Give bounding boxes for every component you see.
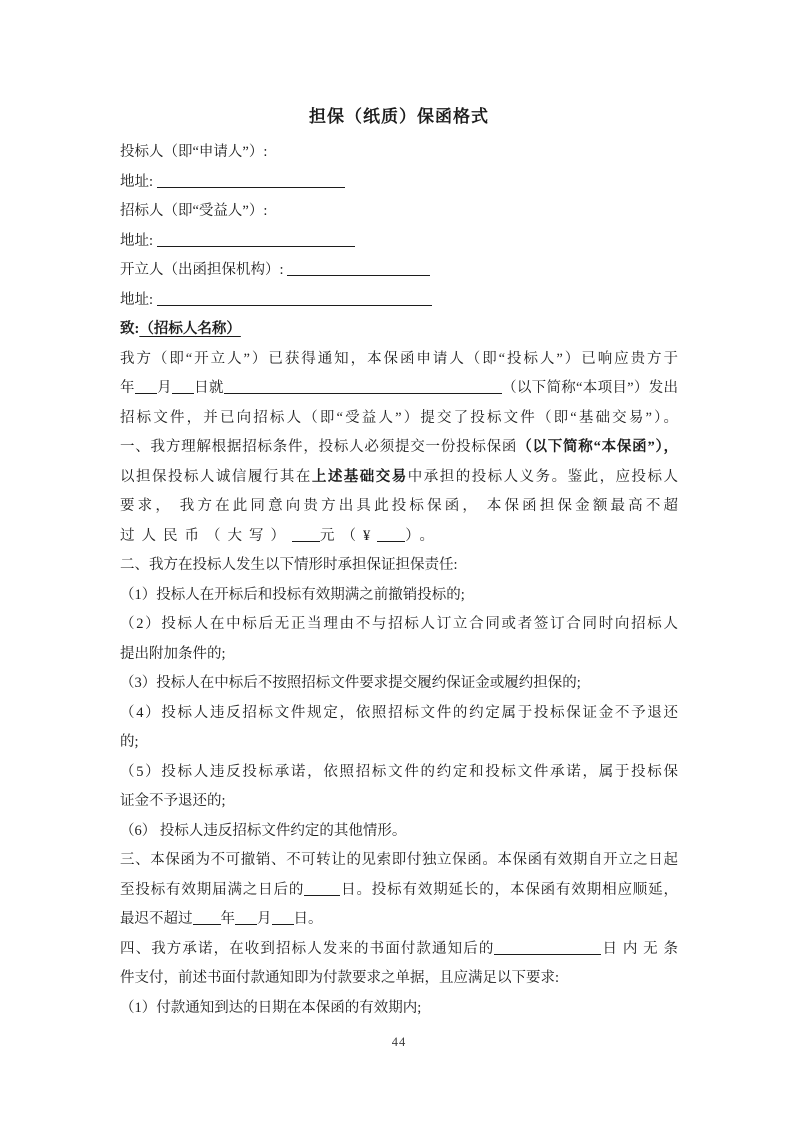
text-run: 开立人（出函担保机构）: — [120, 262, 287, 278]
text-run: （6） 投标人违反招标文件约定的其他情形。 — [120, 823, 406, 839]
text-run: 招标文件，并已向招标人（即“受益人”）提交了投标文件（即“基础交易”）。 — [120, 410, 678, 426]
blank-field — [193, 911, 221, 925]
text-run: 四、我方承诺，在收到招标人发来的书面付款通知后的 — [120, 941, 494, 957]
text-run: （1）付款通知到达的日期在本保函的有效期内; — [120, 1000, 421, 1016]
blank-field — [235, 911, 257, 925]
blank-field — [172, 380, 194, 394]
text-run: 证金不予退还的; — [120, 793, 226, 809]
blank-field — [135, 380, 157, 394]
document-line: 年月日就（以下简称“本项目”）发出的 — [120, 374, 678, 404]
text-run: （招标人名称） — [139, 321, 241, 337]
document-line: 要求， 我方在此同意向贵方出具此投标保函， 本保函担保金额最高不超 — [120, 492, 678, 522]
document-line: 二、我方在投标人发生以下情形时承担保证担保责任: — [120, 551, 678, 581]
document-line: （1）投标人在开标后和投标有效期满之前撤销投标的; — [120, 581, 678, 611]
document-line: （3）投标人在中标后不按照招标文件要求提交履约保证金或履约担保的; — [120, 669, 678, 699]
document-title: 担保（纸质）保函格式 — [120, 104, 678, 130]
text-run: 要求， 我方在此同意向贵方出具此投标保函， 本保函担保金额最高不超 — [120, 498, 678, 514]
text-run: 最迟不超过 — [120, 911, 193, 927]
document-line: 地址: — [120, 286, 678, 316]
text-run: 过人民币（大写） — [120, 528, 292, 544]
document-line: （6） 投标人违反招标文件约定的其他情形。 — [120, 817, 678, 847]
blank-field — [157, 292, 432, 306]
text-run: 年 — [120, 380, 135, 396]
blank-field — [377, 528, 405, 542]
document-line: 的; — [120, 728, 678, 758]
document-line: 件支付，前述书面付款通知即为付款要求之单据，且应满足以下要求: — [120, 964, 678, 994]
text-run: （1）投标人在开标后和投标有效期满之前撤销投标的; — [120, 587, 465, 603]
text-run: （2）投标人在中标后无正当理由不与招标人订立合同或者签订合同时向招标人 — [120, 616, 678, 632]
document-line: 地址: — [120, 168, 678, 198]
document-line: （4）投标人违反招标文件规定，依照招标文件的约定属于投标保证金不予退还 — [120, 699, 678, 729]
blank-field — [157, 233, 355, 247]
text-run: 地址: — [120, 292, 157, 308]
blank-field — [224, 380, 502, 394]
document-line: （5）投标人违反投标承诺，依照招标文件的约定和投标文件承诺，属于投标保 — [120, 758, 678, 788]
blank-field — [494, 941, 601, 955]
text-run: 至投标有效期届满之日后的 — [120, 882, 304, 898]
document-line: 致:（招标人名称） — [120, 315, 678, 345]
document-page: 担保（纸质）保函格式 投标人（即“申请人”）:地址: 招标人（即“受益人”）:地… — [0, 0, 794, 1122]
text-run: 日。 — [294, 911, 323, 927]
document-line: 四、我方承诺，在收到招标人发来的书面付款通知后的日 内 无 条 — [120, 935, 678, 965]
document-line: 至投标有效期届满之日后的日。投标有效期延长的，本保函有效期相应顺延， — [120, 876, 678, 906]
page-number: 44 — [120, 1035, 678, 1050]
text-run: 地址: — [120, 233, 157, 249]
text-run: 年 — [221, 911, 236, 927]
text-run: 一、我方理解根据招标条件，投标人必须提交一份投标保函 — [120, 439, 517, 455]
text-run: 地址: — [120, 174, 157, 190]
document-line: （2）投标人在中标后无正当理由不与招标人订立合同或者签订合同时向招标人 — [120, 610, 678, 640]
text-run: 的; — [120, 734, 139, 750]
document-line: （1）付款通知到达的日期在本保函的有效期内; — [120, 994, 678, 1024]
document-line: 一、我方理解根据招标条件，投标人必须提交一份投标保函（以下简称“本保函”）， — [120, 433, 678, 463]
document-line: 三、本保函为不可撤销、不可转让的见索即付独立保函。本保函有效期自开立之日起 — [120, 846, 678, 876]
document-line: 最迟不超过年月日。 — [120, 905, 678, 935]
document-line: 招标人（即“受益人”）: — [120, 197, 678, 227]
blank-field — [292, 528, 320, 542]
text-run: 日就 — [194, 380, 224, 396]
text-run: 以担保投标人诚信履行其在 — [120, 469, 312, 485]
text-run: 提出附加条件的; — [120, 646, 226, 662]
text-run: 元（¥ — [320, 528, 377, 544]
text-run: 二、我方在投标人发生以下情形时承担保证担保责任: — [120, 557, 458, 573]
text-run: （4）投标人违反招标文件规定，依照招标文件的约定属于投标保证金不予退还 — [120, 705, 678, 721]
document-line: 投标人（即“申请人”）: — [120, 138, 678, 168]
document-line: 我方（即“开立人”）已获得通知，本保函申请人（即“投标人”）已响应贵方于 — [120, 345, 678, 375]
text-run: 我方（即“开立人”）已获得通知，本保函申请人（即“投标人”）已响应贵方于 — [120, 351, 678, 367]
text-run: 上述基础交易 — [312, 469, 408, 485]
text-run: （3）投标人在中标后不按照招标文件要求提交履约保证金或履约担保的; — [120, 675, 581, 691]
document-body: 投标人（即“申请人”）:地址: 招标人（即“受益人”）:地址: 开立人（出函担保… — [120, 138, 678, 1023]
text-run: （以下简称“本保函”）， — [517, 439, 678, 455]
text-run: ）。 — [405, 528, 441, 544]
text-run: 三、本保函为不可撤销、不可转让的见索即付独立保函。本保函有效期自开立之日起 — [120, 852, 678, 868]
blank-field — [304, 882, 340, 896]
text-run: 致: — [120, 321, 139, 337]
text-run: 日 内 无 条 — [601, 941, 678, 957]
document-line: 以担保投标人诚信履行其在上述基础交易中承担的投标人义务。鉴此，应投标人 — [120, 463, 678, 493]
blank-field — [157, 174, 345, 188]
text-run: 件支付，前述书面付款通知即为付款要求之单据，且应满足以下要求: — [120, 970, 559, 986]
text-run: 投标人（即“申请人”）: — [120, 144, 267, 160]
text-run: 招标人（即“受益人”）: — [120, 203, 267, 219]
document-line: 证金不予退还的; — [120, 787, 678, 817]
document-line: 开立人（出函担保机构）: — [120, 256, 678, 286]
document-line: 地址: — [120, 227, 678, 257]
blank-field — [272, 911, 294, 925]
document-line: 过人民币（大写）元（¥）。 — [120, 522, 678, 552]
text-run: 月 — [157, 380, 172, 396]
text-run: 日。投标有效期延长的，本保函有效期相应顺延， — [340, 882, 678, 898]
text-run: （5）投标人违反投标承诺，依照招标文件的约定和投标文件承诺，属于投标保 — [120, 764, 678, 780]
text-run: 月 — [257, 911, 272, 927]
text-run: 中承担的投标人义务。鉴此，应投标人 — [408, 469, 678, 485]
blank-field — [287, 262, 430, 276]
document-line: 招标文件，并已向招标人（即“受益人”）提交了投标文件（即“基础交易”）。 — [120, 404, 678, 434]
document-line: 提出附加条件的; — [120, 640, 678, 670]
